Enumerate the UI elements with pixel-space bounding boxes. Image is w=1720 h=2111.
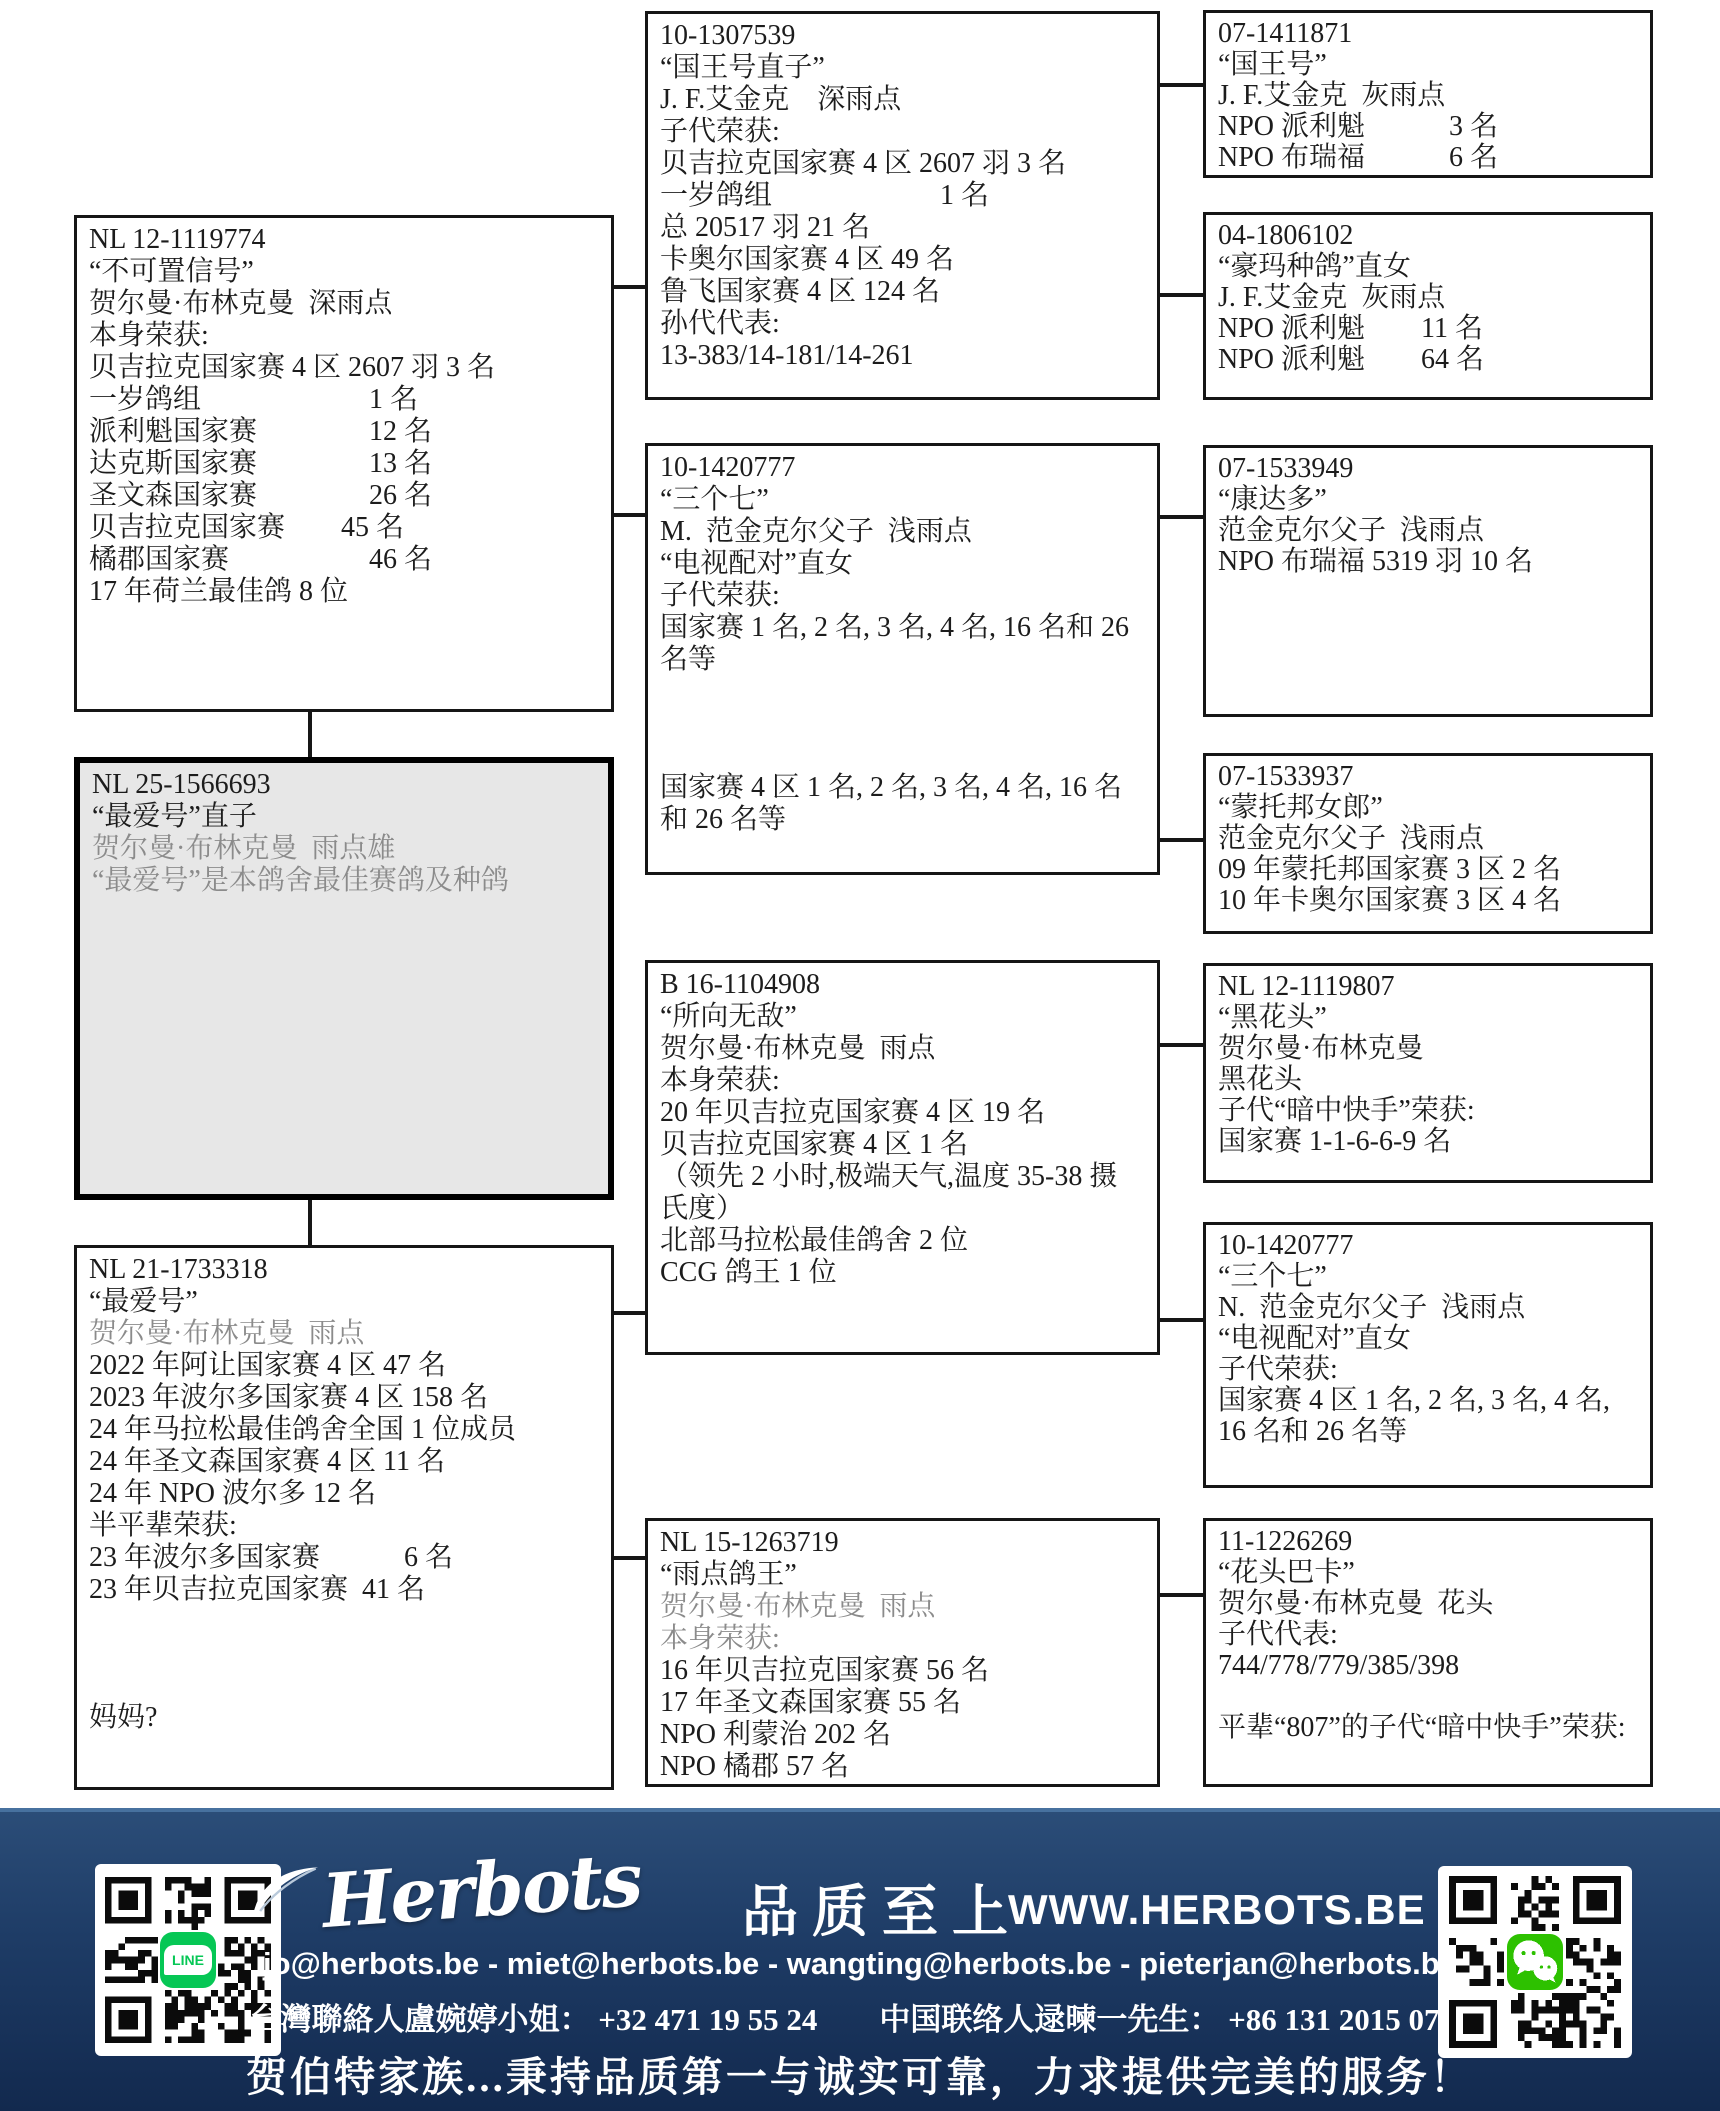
pedigree-text-line: NL 25-1566693 (92, 769, 596, 801)
connector-pgf-ggp1 (1158, 83, 1203, 87)
pedigree-text-line: 子代“暗中快手”荣获: (1218, 1095, 1638, 1126)
pedigree-text-line: 10-1420777 (1218, 1230, 1638, 1261)
connector-mgf-ggp6 (1158, 1318, 1203, 1322)
pedigree-text-line: “不可置信号” (89, 256, 599, 288)
herbots-logo: Herbots (248, 1848, 641, 1934)
pedigree-text-line: NL 21-1733318 (89, 1254, 599, 1286)
pedigree-text-line: 贺尔曼·布林克曼 雨点 (660, 1033, 1145, 1065)
connector-father-subject (308, 712, 312, 757)
pedigree-text-line: 北部马拉松最佳鸽舍 2 位 (660, 1225, 1145, 1257)
pedigree-text-line: 11-1226269 (1218, 1526, 1638, 1557)
pedigree-text-line (1218, 1681, 1638, 1712)
connector-subject-mother (308, 1200, 312, 1245)
pedigree-text-line: 国家赛 1 名, 2 名, 3 名, 4 名, 16 名和 26 名等 (660, 612, 1145, 676)
pedigree-text-line: “雨点鸽王” (660, 1559, 1145, 1591)
pedigree-text-line: CCG 鸽王 1 位 (660, 1257, 1145, 1289)
box-great-grandparent-2: 04-1806102“豪玛种鸽”直女J. F.艾金克 灰雨点NPO 派利魁 11… (1203, 212, 1653, 400)
pedigree-text-line: 07-1533949 (1218, 453, 1638, 484)
pedigree-text-line: 20 年贝吉拉克国家赛 4 区 19 名 (660, 1097, 1145, 1129)
brand-name: Herbots (319, 1837, 643, 1945)
pedigree-text-line: 贝吉拉克国家赛 4 区 2607 羽 3 名 (660, 148, 1145, 180)
pedigree-text-line: “电视配对”直女 (660, 548, 1145, 580)
pedigree-text-line: 子代荣获: (1218, 1354, 1638, 1385)
pedigree-text-line: “蒙托邦女郎” (1218, 792, 1638, 823)
pedigree-text-line: 子代荣获: (660, 580, 1145, 612)
pedigree-text-line: 2022 年阿让国家赛 4 区 47 名 (89, 1350, 599, 1382)
pedigree-text-line (660, 708, 1145, 740)
pedigree-text-line: NL 12-1119807 (1218, 971, 1638, 1002)
pedigree-text-line: 贺尔曼·布林克曼 雨点 (89, 1318, 599, 1350)
pedigree-text-line: 贝吉拉克国家赛 4 区 2607 羽 3 名 (89, 352, 599, 384)
pedigree-text-line: 国家赛 4 区 1 名, 2 名, 3 名, 4 名, 16 名和 26 名等 (660, 772, 1145, 836)
pedigree-text-line: “花头巴卡” (1218, 1557, 1638, 1588)
connector-pgf-ggp2 (1158, 293, 1203, 297)
connector-mgf-ggp5 (1158, 1043, 1203, 1047)
box-great-grandparent-1: 07-1411871“国王号”J. F.艾金克 灰雨点NPO 派利魁 3 名NP… (1203, 10, 1653, 178)
pedigree-text-line: N. 范金克尔父子 浅雨点 (1218, 1292, 1638, 1323)
pedigree-text-line: 黑花头 (1218, 1064, 1638, 1095)
pedigree-text-line: J. F.艾金克 深雨点 (660, 84, 1145, 116)
pedigree-text-line: NPO 布瑞福 5319 羽 10 名 (1218, 546, 1638, 577)
pedigree-text-line: 平辈“807”的子代“暗中快手”荣获: (1218, 1712, 1638, 1743)
pedigree-text-line: “三个七” (1218, 1261, 1638, 1292)
pedigree-text-line: 贺尔曼·布林克曼 (1218, 1033, 1638, 1064)
pedigree-text-line: 一岁鸽组 1 名 (660, 180, 1145, 212)
connector-mgm-ggp7 (1158, 1593, 1203, 1597)
box-mother: NL 21-1733318“最爱号”贺尔曼·布林克曼 雨点2022 年阿让国家赛… (74, 1245, 614, 1790)
box-great-grandparent-4: 07-1533937“蒙托邦女郎”范金克尔父子 浅雨点09 年蒙托邦国家赛 3 … (1203, 753, 1653, 934)
box-subject-bird: NL 25-1566693“最爱号”直子贺尔曼·布林克曼 雨点雄“最爱号”是本鸽… (74, 757, 614, 1200)
pedigree-text-line: 总 20517 羽 21 名 (660, 212, 1145, 244)
pedigree-text-line: NPO 橘郡 57 名 (660, 1751, 1145, 1783)
box-great-grandparent-7: 11-1226269“花头巴卡”贺尔曼·布林克曼 花头子代代表:744/778/… (1203, 1518, 1653, 1787)
connector-pgm-ggp3 (1158, 515, 1203, 519)
pedigree-text-line: 07-1533937 (1218, 761, 1638, 792)
pedigree-text-line: “最爱号”直子 (92, 801, 596, 833)
pedigree-text-line: 本身荣获: (89, 320, 599, 352)
pedigree-text-line: 贺尔曼·布林克曼 雨点雄 (92, 833, 596, 865)
pedigree-text-line: “最爱号” (89, 1286, 599, 1318)
pedigree-text-line: 09 年蒙托邦国家赛 3 区 2 名 (1218, 854, 1638, 885)
pedigree-text-line: 23 年波尔多国家赛 6 名 (89, 1542, 599, 1574)
pedigree-text-line: “豪玛种鸽”直女 (1218, 251, 1638, 282)
connector-pgm-ggp4 (1158, 838, 1203, 842)
feather-icon (248, 1865, 322, 1917)
pedigree-text-line: 达克斯国家赛 13 名 (89, 448, 599, 480)
pedigree-text-line: 10-1420777 (660, 452, 1145, 484)
pedigree-text-line: 贝吉拉克国家赛 4 区 1 名 (660, 1129, 1145, 1161)
pedigree-text-line: NL 12-1119774 (89, 224, 599, 256)
box-maternal-grandmother: NL 15-1263719“雨点鸽王”贺尔曼·布林克曼 雨点本身荣获:16 年贝… (645, 1518, 1160, 1787)
pedigree-text-line: “电视配对”直女 (1218, 1323, 1638, 1354)
pedigree-text-line: 本身荣获: (660, 1065, 1145, 1097)
pedigree-text-line (89, 1670, 599, 1702)
pedigree-text-line: 贺尔曼·布林克曼 雨点 (660, 1591, 1145, 1623)
pedigree-text-line: 贺尔曼·布林克曼 花头 (1218, 1588, 1638, 1619)
pedigree-text-line: 744/778/779/385/398 (1218, 1650, 1638, 1681)
pedigree-text-line (89, 1638, 599, 1670)
pedigree-text-line: “国王号直子” (660, 52, 1145, 84)
footer-banner: LINE Herbots 品质至上 WWW.HERBOTS.BE jo@herb… (0, 1808, 1720, 2111)
slogan-text: 品质至上 (742, 1868, 1022, 1948)
connector-father-pgm (612, 513, 645, 517)
pedigree-text-line: 贝吉拉克国家赛 45 名 (89, 512, 599, 544)
pedigree-text-line: 16 年贝吉拉克国家赛 56 名 (660, 1655, 1145, 1687)
pedigree-text-line: 2023 年波尔多国家赛 4 区 158 名 (89, 1382, 599, 1414)
pedigree-text-line (89, 1606, 599, 1638)
pedigree-text-line: J. F.艾金克 灰雨点 (1218, 282, 1638, 313)
connector-father-pgf (612, 285, 645, 289)
pedigree-text-line: 本身荣获: (660, 1623, 1145, 1655)
website-url: WWW.HERBOTS.BE (1008, 1886, 1426, 1934)
box-paternal-grandfather: 10-1307539“国王号直子”J. F.艾金克 深雨点子代荣获:贝吉拉克国家… (645, 11, 1160, 400)
pedigree-text-line: “康达多” (1218, 484, 1638, 515)
pedigree-text-line: 子代代表: (1218, 1619, 1638, 1650)
pedigree-text-line: 范金克尔父子 浅雨点 (1218, 823, 1638, 854)
pedigree-text-line: 07-1411871 (1218, 18, 1638, 49)
pedigree-text-line: “国王号” (1218, 49, 1638, 80)
pedigree-text-line: 24 年圣文森国家赛 4 区 11 名 (89, 1446, 599, 1478)
pedigree-text-line: 橘郡国家赛 46 名 (89, 544, 599, 576)
pedigree-text-line: 国家赛 4 区 1 名, 2 名, 3 名, 4 名, 16 名和 26 名等 (1218, 1385, 1638, 1447)
pedigree-text-line (660, 740, 1145, 772)
pedigree-text-line: 04-1806102 (1218, 220, 1638, 251)
box-great-grandparent-5: NL 12-1119807“黑花头”贺尔曼·布林克曼黑花头子代“暗中快手”荣获:… (1203, 963, 1653, 1183)
pedigree-text-line: B 16-1104908 (660, 969, 1145, 1001)
pedigree-text-line: NL 15-1263719 (660, 1527, 1145, 1559)
pedigree-text-line: 卡奥尔国家赛 4 区 49 名 (660, 244, 1145, 276)
pedigree-text-line: 圣文森国家赛 26 名 (89, 480, 599, 512)
pedigree-text-line: 半平辈荣获: (89, 1510, 599, 1542)
pedigree-text-line: 17 年圣文森国家赛 55 名 (660, 1687, 1145, 1719)
pedigree-text-line: NPO 布瑞福 6 名 (1218, 142, 1638, 173)
pedigree-text-line: J. F.艾金克 灰雨点 (1218, 80, 1638, 111)
pedigree-text-line: NPO 利蒙治 202 名 (660, 1719, 1145, 1751)
pedigree-text-line: 派利魁国家赛 12 名 (89, 416, 599, 448)
pedigree-text-line: NPO 派利魁 11 名 (1218, 313, 1638, 344)
pedigree-text-line: “黑花头” (1218, 1002, 1638, 1033)
pedigree-text-line: 子代荣获: (660, 116, 1145, 148)
pedigree-text-line: “所向无敌” (660, 1001, 1145, 1033)
pedigree-text-line: 10-1307539 (660, 20, 1145, 52)
pedigree-text-line: “三个七” (660, 484, 1145, 516)
pedigree-text-line: M. 范金克尔父子 浅雨点 (660, 516, 1145, 548)
box-father: NL 12-1119774“不可置信号”贺尔曼·布林克曼 深雨点本身荣获:贝吉拉… (74, 215, 614, 712)
wechat-qr-code (1438, 1866, 1632, 2058)
pedigree-text-line: （领先 2 小时,极端天气,温度 35-38 摄氏度） (660, 1161, 1145, 1225)
pedigree-text-line (660, 676, 1145, 708)
connector-mother-mgf (612, 1311, 645, 1315)
connector-mother-mgm (612, 1556, 645, 1560)
pedigree-text-line: 妈妈? (89, 1702, 599, 1734)
box-great-grandparent-3: 07-1533949“康达多”范金克尔父子 浅雨点NPO 布瑞福 5319 羽 … (1203, 445, 1653, 717)
pedigree-text-line: 13-383/14-181/14-261 (660, 340, 1145, 372)
box-paternal-grandmother: 10-1420777“三个七”M. 范金克尔父子 浅雨点“电视配对”直女子代荣获… (645, 443, 1160, 875)
pedigree-text-line: NPO 派利魁 64 名 (1218, 344, 1638, 375)
pedigree-text-line: 范金克尔父子 浅雨点 (1218, 515, 1638, 546)
pedigree-text-line: 10 年卡奥尔国家赛 3 区 4 名 (1218, 885, 1638, 916)
pedigree-text-line: 孙代代表: (660, 308, 1145, 340)
pedigree-text-line: 鲁飞国家赛 4 区 124 名 (660, 276, 1145, 308)
pedigree-text-line: 23 年贝吉拉克国家赛 41 名 (89, 1574, 599, 1606)
box-maternal-grandfather: B 16-1104908“所向无敌”贺尔曼·布林克曼 雨点本身荣获:20 年贝吉… (645, 960, 1160, 1355)
pedigree-text-line: 24 年马拉松最佳鸽舍全国 1 位成员 (89, 1414, 599, 1446)
wechat-icon (1507, 1934, 1563, 1990)
pedigree-page: 10-1307539“国王号直子”J. F.艾金克 深雨点子代荣获:贝吉拉克国家… (0, 0, 1720, 2111)
box-great-grandparent-6: 10-1420777“三个七”N. 范金克尔父子 浅雨点“电视配对”直女子代荣获… (1203, 1222, 1653, 1488)
pedigree-text-line: “最爱号”是本鸽舍最佳赛鸽及种鸽 (92, 865, 596, 897)
pedigree-text-line: 贺尔曼·布林克曼 深雨点 (89, 288, 599, 320)
pedigree-text-line: NPO 派利魁 3 名 (1218, 111, 1638, 142)
pedigree-text-line: 一岁鸽组 1 名 (89, 384, 599, 416)
pedigree-text-line: 国家赛 1-1-6-6-9 名 (1218, 1126, 1638, 1157)
pedigree-text-line: 24 年 NPO 波尔多 12 名 (89, 1478, 599, 1510)
pedigree-text-line: 17 年荷兰最佳鸽 8 位 (89, 576, 599, 608)
